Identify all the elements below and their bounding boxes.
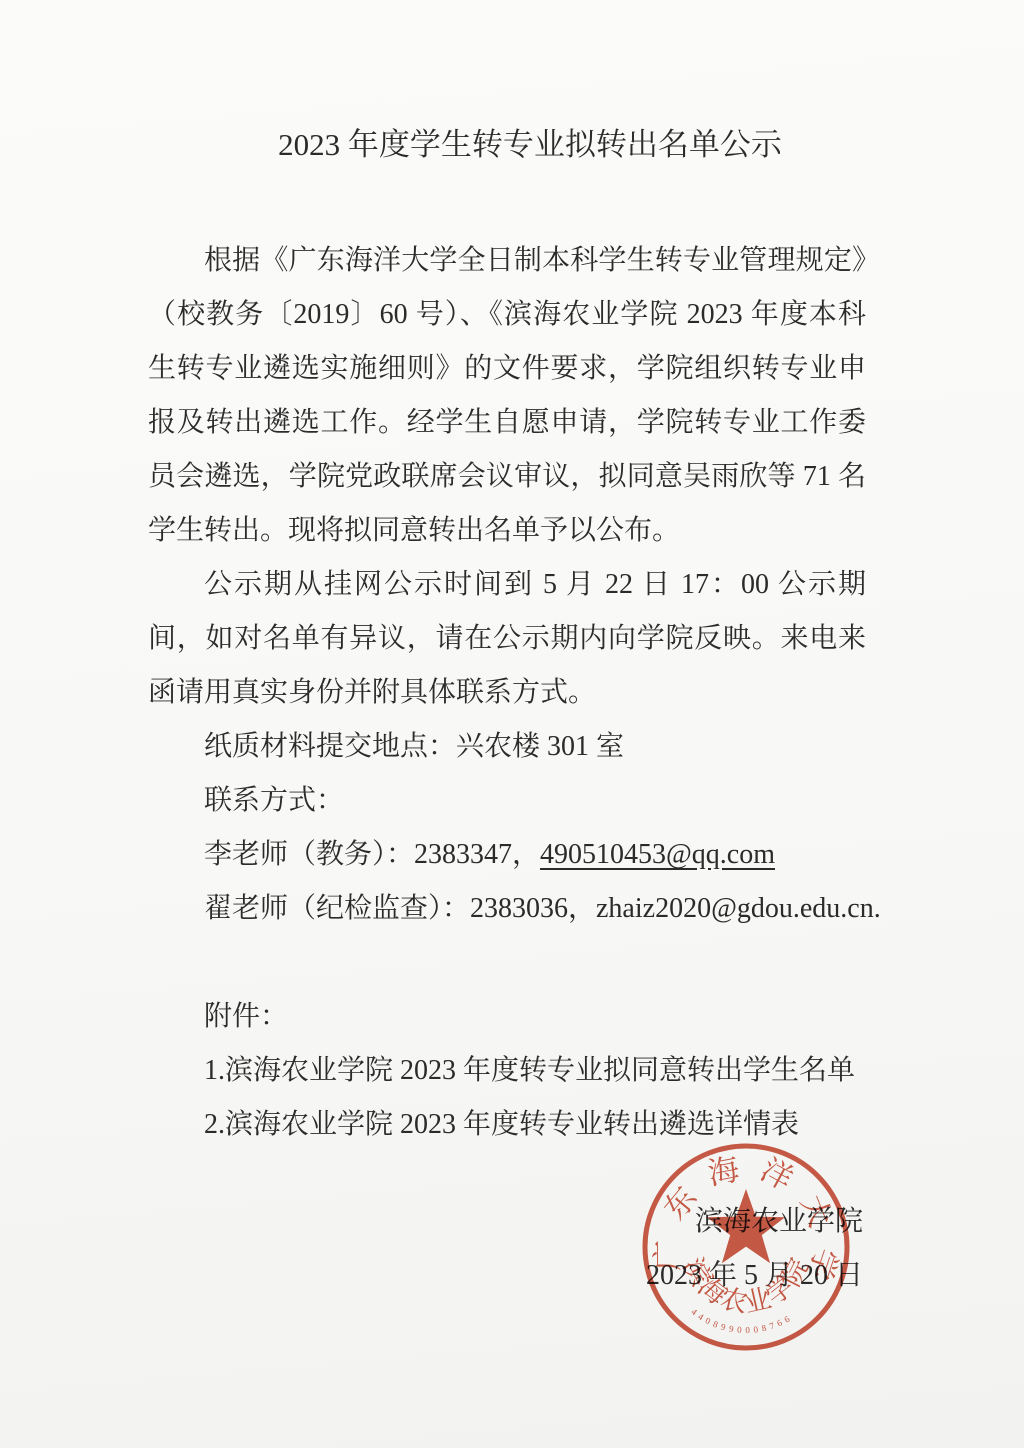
announcement-page: 2023 年度学生转专业拟转出名单公示 根据《广东海洋大学全日制本科学生转专业管…: [0, 0, 1024, 1448]
contact-li-email: 490510453@qq.com: [540, 839, 775, 870]
signature-block: 滨海农业学院 2023 年 5 月 20 日: [0, 1195, 1024, 1303]
signature-date: 2023 年 5 月 20 日: [0, 1249, 863, 1303]
contact-line-zhai: 翟老师（纪检监查）：2383036，zhaiz2020@gdou.edu.cn.: [148, 882, 866, 936]
contact-li-text: 李老师（教务）：2383347，: [204, 839, 540, 870]
submission-location-line: 纸质材料提交地点：兴农楼 301 室: [148, 720, 866, 774]
paragraph-basis: 根据《广东海洋大学全日制本科学生转专业管理规定》（校教务〔2019〕60 号）、…: [148, 234, 866, 558]
signature-org: 滨海农业学院: [0, 1195, 863, 1249]
document-body: 根据《广东海洋大学全日制本科学生转专业管理规定》（校教务〔2019〕60 号）、…: [148, 234, 866, 1152]
attachment-item-2: 2.滨海农业学院 2023 年度转专业转出遴选详情表: [148, 1098, 866, 1152]
contact-heading: 联系方式：: [148, 774, 866, 828]
document-title: 2023 年度学生转专业拟转出名单公示: [18, 122, 1024, 168]
attachments-heading: 附件：: [148, 990, 866, 1044]
seal-serial-number: 4408990008766: [689, 1307, 794, 1336]
contact-line-li: 李老师（教务）：2383347，490510453@qq.com: [148, 828, 866, 882]
attachment-item-1: 1.滨海农业学院 2023 年度转专业拟同意转出学生名单: [148, 1044, 866, 1098]
paragraph-objection-period: 公示期从挂网公示时间到 5 月 22 日 17：00 公示期间，如对名单有异议，…: [148, 558, 866, 720]
